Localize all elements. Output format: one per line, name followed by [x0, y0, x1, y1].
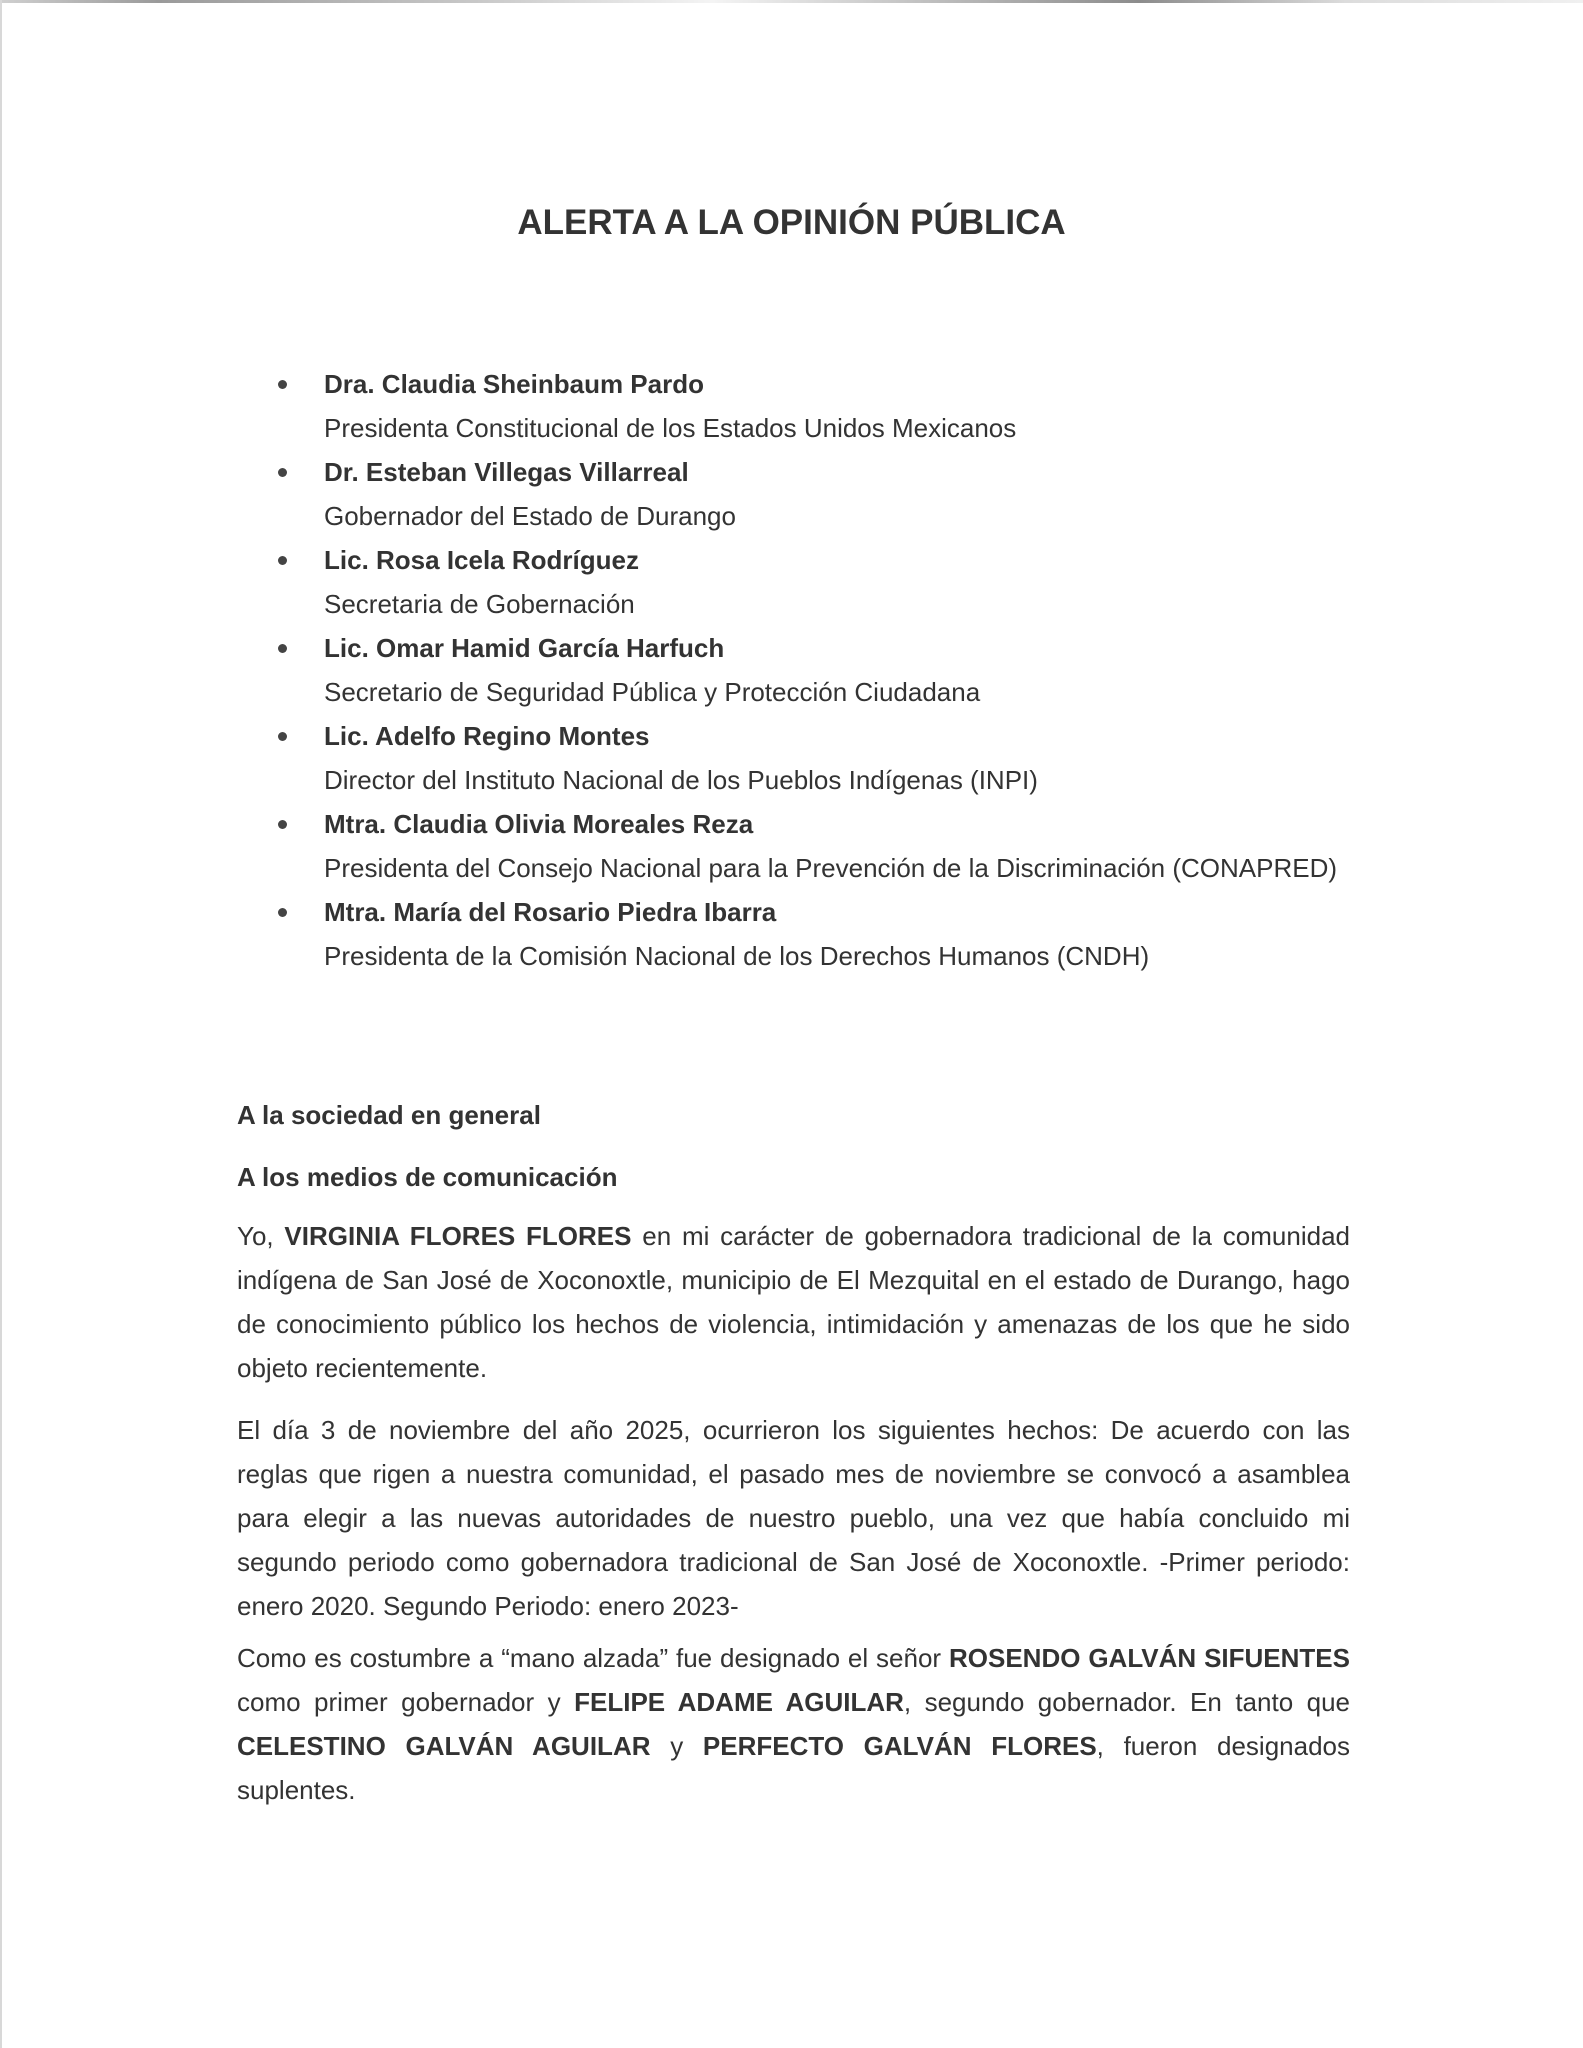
scan-edge-left	[0, 0, 2, 2048]
recipient-item: Lic. Omar Hamid García Harfuch Secretari…	[272, 626, 1372, 714]
recipient-name: Lic. Omar Hamid García Harfuch	[324, 626, 1372, 670]
recipient-item: Mtra. María del Rosario Piedra Ibarra Pr…	[272, 890, 1372, 978]
recipient-role: Presidenta Constitucional de los Estados…	[324, 406, 1372, 450]
text-fragment: Como es costumbre a “mano alzada” fue de…	[237, 1643, 949, 1673]
bullet-icon	[278, 732, 287, 741]
bullet-icon	[278, 468, 287, 477]
text-fragment: , segundo gobernador. En tanto que	[904, 1687, 1350, 1717]
recipient-item: Lic. Adelfo Regino Montes Director del I…	[272, 714, 1372, 802]
recipient-name: Mtra. Claudia Olivia Moreales Reza	[324, 802, 1372, 846]
bullet-icon	[278, 820, 287, 829]
recipient-name: Lic. Rosa Icela Rodríguez	[324, 538, 1372, 582]
recipient-role: Presidenta del Consejo Nacional para la …	[324, 846, 1344, 890]
author-name: VIRGINIA FLORES FLORES	[284, 1221, 631, 1251]
recipient-role: Director del Instituto Nacional de los P…	[324, 758, 1372, 802]
person-name: PERFECTO GALVÁN FLORES	[703, 1731, 1097, 1761]
recipient-list: Dra. Claudia Sheinbaum Pardo Presidenta …	[272, 362, 1372, 978]
greeting-media: A los medios de comunicación	[237, 1162, 617, 1193]
bullet-icon	[278, 908, 287, 917]
recipient-role: Presidenta de la Comisión Nacional de lo…	[324, 934, 1372, 978]
person-name: FELIPE ADAME AGUILAR	[574, 1687, 904, 1717]
recipient-item: Mtra. Claudia Olivia Moreales Reza Presi…	[272, 802, 1372, 890]
recipient-role: Gobernador del Estado de Durango	[324, 494, 1372, 538]
text-fragment: como primer gobernador y	[237, 1687, 574, 1717]
person-name: ROSENDO GALVÁN SIFUENTES	[949, 1643, 1350, 1673]
recipient-item: Lic. Rosa Icela Rodríguez Secretaria de …	[272, 538, 1372, 626]
scan-edge-top	[0, 0, 1583, 3]
recipient-item: Dra. Claudia Sheinbaum Pardo Presidenta …	[272, 362, 1372, 450]
recipient-name: Dra. Claudia Sheinbaum Pardo	[324, 362, 1372, 406]
bullet-icon	[278, 380, 287, 389]
recipient-role: Secretaria de Gobernación	[324, 582, 1372, 626]
text-fragment: y	[651, 1731, 703, 1761]
greeting-society: A la sociedad en general	[237, 1100, 541, 1131]
recipient-name: Dr. Esteban Villegas Villarreal	[324, 450, 1372, 494]
recipient-name: Lic. Adelfo Regino Montes	[324, 714, 1372, 758]
recipient-name: Mtra. María del Rosario Piedra Ibarra	[324, 890, 1372, 934]
bullet-icon	[278, 556, 287, 565]
recipient-role: Secretario de Seguridad Pública y Protec…	[324, 670, 1372, 714]
paragraph-designations: Como es costumbre a “mano alzada” fue de…	[237, 1636, 1350, 1812]
recipient-item: Dr. Esteban Villegas Villarreal Gobernad…	[272, 450, 1372, 538]
bullet-icon	[278, 644, 287, 653]
text-fragment: Yo,	[237, 1221, 284, 1251]
person-name: CELESTINO GALVÁN AGUILAR	[237, 1731, 651, 1761]
document-title: ALERTA A LA OPINIÓN PÚBLICA	[0, 203, 1583, 243]
paragraph-intro: Yo, VIRGINIA FLORES FLORES en mi carácte…	[237, 1214, 1350, 1390]
paragraph-events: El día 3 de noviembre del año 2025, ocur…	[237, 1408, 1350, 1628]
